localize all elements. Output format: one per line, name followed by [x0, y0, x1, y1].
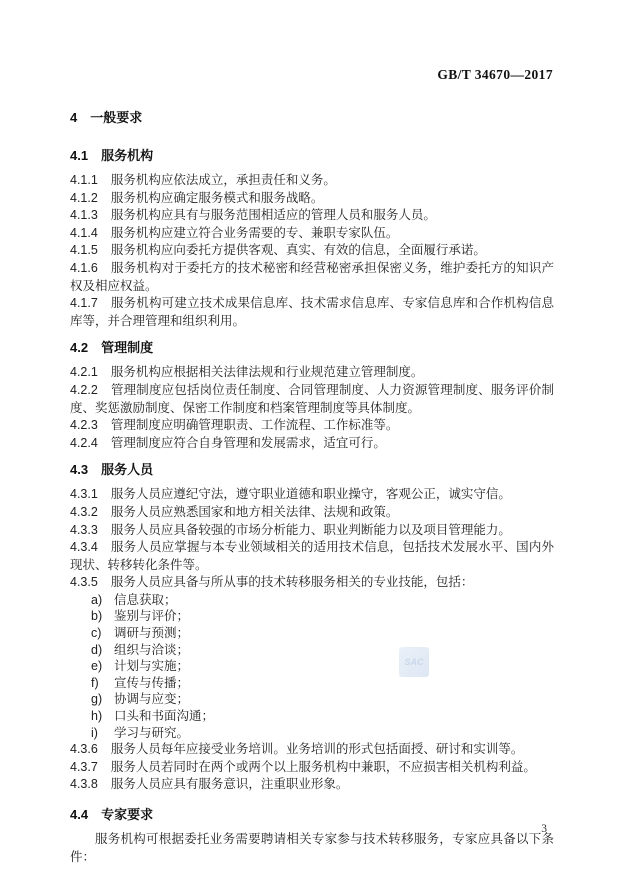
- section-title: 服务机构: [101, 148, 153, 163]
- list-marker: c): [91, 625, 114, 642]
- clause-4-3-2: 4.3.2服务人员应熟悉国家和地方相关法律、法规和政策。: [70, 504, 554, 522]
- clause-number: 4.3.4: [70, 540, 98, 554]
- clause-text: 管理制度应明确管理职责、工作流程、工作标准等。: [111, 418, 399, 432]
- clause-text: 服务人员应遵纪守法，遵守职业道德和职业操守，客观公正，诚实守信。: [111, 487, 511, 501]
- clause-number: 4.1.1: [70, 173, 98, 187]
- page-content: 4一般要求 4.1服务机构 4.1.1服务机构应依法成立，承担责任和义务。 4.…: [70, 109, 554, 866]
- clause-number: 4.1.7: [70, 296, 98, 310]
- clause-text: 服务人员应掌握与本专业领域相关的适用技术信息，包括技术发展水平、国内外现状、转移…: [70, 540, 554, 572]
- clause-number: 4.2.4: [70, 436, 98, 450]
- clause-4-3-4: 4.3.4服务人员应掌握与本专业领域相关的适用技术信息，包括技术发展水平、国内外…: [70, 539, 554, 574]
- clause-number: 4.3.2: [70, 505, 98, 519]
- section-number: 4.2: [70, 340, 88, 355]
- list-marker: e): [91, 658, 114, 675]
- clause-4-1-4: 4.1.4服务机构应建立符合业务需要的专、兼职专家队伍。: [70, 225, 554, 243]
- clause-text: 服务人员应具有服务意识，注重职业形象。: [111, 777, 349, 791]
- list-marker: a): [91, 592, 114, 609]
- clause-4-2-2: 4.2.2管理制度应包括岗位责任制度、合同管理制度、人力资源管理制度、服务评价制…: [70, 382, 554, 417]
- clause-text: 服务机构应确定服务模式和服务战略。: [111, 191, 324, 205]
- clause-number: 4.3.7: [70, 760, 98, 774]
- section-4-4-paragraph: 服务机构可根据委托业务需要聘请相关专家参与技术转移服务，专家应具备以下条件：: [70, 831, 554, 866]
- clause-text: 服务机构应具有与服务范围相适应的管理人员和服务人员。: [111, 208, 436, 222]
- list-marker: i): [91, 725, 114, 742]
- clause-4-1-7: 4.1.7服务机构可建立技术成果信息库、技术需求信息库、专家信息库和合作机构信息…: [70, 295, 554, 330]
- chapter-number: 4: [70, 110, 77, 125]
- section-heading-4-4: 4.4专家要求: [70, 806, 554, 824]
- list-item-text: 信息获取；: [114, 593, 177, 607]
- clause-text: 管理制度应符合自身管理和发展需求，适宜可行。: [111, 436, 386, 450]
- clause-4-1-5: 4.1.5服务机构应向委托方提供客观、真实、有效的信息，全面履行承诺。: [70, 242, 554, 260]
- list-marker: d): [91, 642, 114, 659]
- clause-number: 4.3.1: [70, 487, 98, 501]
- clause-number: 4.2.2: [70, 383, 98, 397]
- clause-4-2-1: 4.2.1服务机构应根据相关法律法规和行业规范建立管理制度。: [70, 364, 554, 382]
- clause-number: 4.3.3: [70, 523, 98, 537]
- clause-number: 4.3.8: [70, 777, 98, 791]
- list-marker: f): [91, 675, 114, 692]
- list-marker: b): [91, 608, 114, 625]
- clause-4-3-1: 4.3.1服务人员应遵纪守法，遵守职业道德和职业操守，客观公正，诚实守信。: [70, 486, 554, 504]
- clause-text: 管理制度应包括岗位责任制度、合同管理制度、人力资源管理制度、服务评价制度、奖惩激…: [70, 383, 554, 415]
- section-title: 管理制度: [101, 340, 153, 355]
- clause-4-3-6: 4.3.6服务人员每年应接受业务培训。业务培训的形式包括面授、研讨和实训等。: [70, 741, 554, 759]
- list-item-text: 口头和书面沟通；: [114, 709, 214, 723]
- list-item-c: c)调研与预测；: [91, 625, 554, 642]
- list-item-g: g)协调与应变；: [91, 691, 554, 708]
- clause-4-3-3: 4.3.3服务人员应具备较强的市场分析能力、职业判断能力以及项目管理能力。: [70, 522, 554, 540]
- section-heading-4-2: 4.2管理制度: [70, 339, 554, 357]
- clause-number: 4.3.6: [70, 742, 98, 756]
- clause-number: 4.1.5: [70, 243, 98, 257]
- list-marker: g): [91, 691, 114, 708]
- list-item-h: h)口头和书面沟通；: [91, 708, 554, 725]
- section-number: 4.3: [70, 462, 88, 477]
- list-item-a: a)信息获取；: [91, 592, 554, 609]
- clause-number: 4.2.3: [70, 418, 98, 432]
- list-item-text: 学习与研究。: [114, 726, 189, 740]
- list-item-b: b)鉴别与评价；: [91, 608, 554, 625]
- section-heading-4-1: 4.1服务机构: [70, 147, 554, 165]
- clause-4-2-3: 4.2.3管理制度应明确管理职责、工作流程、工作标准等。: [70, 417, 554, 435]
- clause-number: 4.1.3: [70, 208, 98, 222]
- clause-text: 服务人员每年应接受业务培训。业务培训的形式包括面授、研讨和实训等。: [111, 742, 524, 756]
- clause-text: 服务人员应具备较强的市场分析能力、职业判断能力以及项目管理能力。: [111, 523, 511, 537]
- clause-text: 服务机构应建立符合业务需要的专、兼职专家队伍。: [111, 226, 399, 240]
- clause-number: 4.3.5: [70, 575, 98, 589]
- clause-4-2-4: 4.2.4管理制度应符合自身管理和发展需求，适宜可行。: [70, 435, 554, 453]
- clause-text: 服务人员应熟悉国家和地方相关法律、法规和政策。: [111, 505, 399, 519]
- list-item-text: 组织与洽谈；: [114, 643, 189, 657]
- clause-number: 4.1.4: [70, 226, 98, 240]
- clause-4-3-7: 4.3.7服务人员若同时在两个或两个以上服务机构中兼职，不应损害相关机构利益。: [70, 759, 554, 777]
- clause-4-3-8: 4.3.8服务人员应具有服务意识，注重职业形象。: [70, 776, 554, 794]
- list-item-e: e)计划与实施；: [91, 658, 554, 675]
- section-number: 4.1: [70, 148, 88, 163]
- clause-number: 4.1.2: [70, 191, 98, 205]
- skill-list: a)信息获取； b)鉴别与评价； c)调研与预测； d)组织与洽谈； e)计划与…: [91, 592, 554, 741]
- document-page: GB/T 34670—2017 SAC 4一般要求 4.1服务机构 4.1.1服…: [0, 0, 620, 884]
- clause-text: 服务人员若同时在两个或两个以上服务机构中兼职，不应损害相关机构利益。: [111, 760, 536, 774]
- list-item-f: f)宣传与传播；: [91, 675, 554, 692]
- list-item-text: 计划与实施；: [114, 659, 189, 673]
- chapter-title: 一般要求: [90, 110, 142, 125]
- section-heading-4-3: 4.3服务人员: [70, 461, 554, 479]
- clause-text: 服务机构应依法成立，承担责任和义务。: [111, 173, 336, 187]
- list-item-text: 协调与应变；: [114, 692, 189, 706]
- clause-text: 服务机构对于委托方的技术秘密和经营秘密承担保密义务，维护委托方的知识产权及相应权…: [70, 261, 554, 293]
- clause-text: 服务人员应具备与所从事的技术转移服务相关的专业技能，包括：: [111, 575, 474, 589]
- list-item-text: 调研与预测；: [114, 626, 189, 640]
- clause-text: 服务机构应向委托方提供客观、真实、有效的信息，全面履行承诺。: [111, 243, 486, 257]
- clause-4-1-6: 4.1.6服务机构对于委托方的技术秘密和经营秘密承担保密义务，维护委托方的知识产…: [70, 260, 554, 295]
- clause-number: 4.2.1: [70, 365, 98, 379]
- clause-4-1-3: 4.1.3服务机构应具有与服务范围相适应的管理人员和服务人员。: [70, 207, 554, 225]
- section-number: 4.4: [70, 807, 88, 822]
- list-marker: h): [91, 708, 114, 725]
- clause-4-1-1: 4.1.1服务机构应依法成立，承担责任和义务。: [70, 172, 554, 190]
- clause-number: 4.1.6: [70, 261, 98, 275]
- list-item-i: i)学习与研究。: [91, 725, 554, 742]
- standard-code: GB/T 34670—2017: [437, 67, 553, 83]
- section-title: 服务人员: [101, 462, 153, 477]
- list-item-text: 宣传与传播；: [114, 676, 189, 690]
- clause-4-1-2: 4.1.2服务机构应确定服务模式和服务战略。: [70, 190, 554, 208]
- clause-4-3-5: 4.3.5服务人员应具备与所从事的技术转移服务相关的专业技能，包括：: [70, 574, 554, 592]
- chapter-heading: 4一般要求: [70, 109, 554, 127]
- list-item-text: 鉴别与评价；: [114, 609, 189, 623]
- section-title: 专家要求: [101, 807, 153, 822]
- list-item-d: d)组织与洽谈；: [91, 642, 554, 659]
- clause-text: 服务机构可建立技术成果信息库、技术需求信息库、专家信息库和合作机构信息库等，并合…: [70, 296, 554, 328]
- clause-text: 服务机构应根据相关法律法规和行业规范建立管理制度。: [111, 365, 424, 379]
